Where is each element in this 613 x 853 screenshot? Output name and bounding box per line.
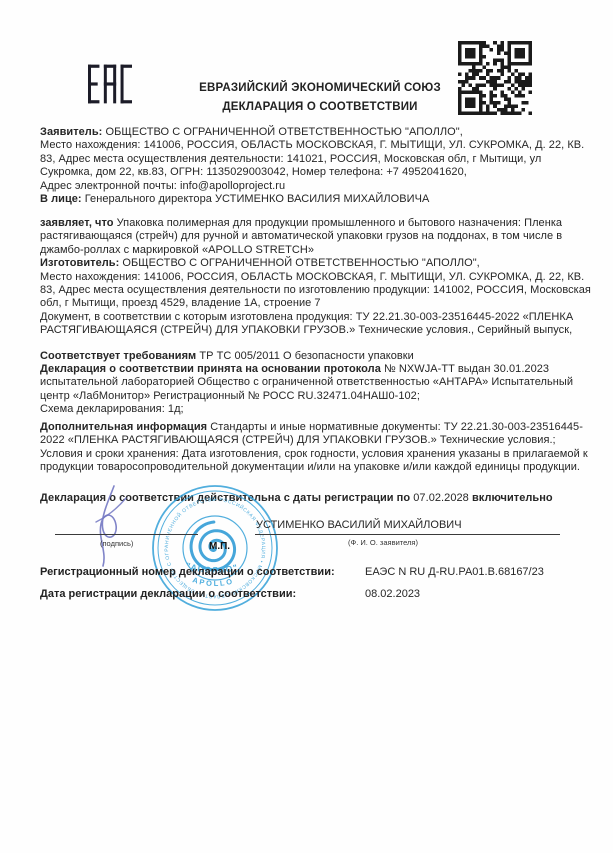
text-segment: Упаковка полимерная для продукции промыш… (40, 217, 562, 256)
product-paragraph: заявляет, что Упаковка полимерная для пр… (40, 217, 596, 338)
registration-date-value: 08.02.2023 (365, 588, 420, 600)
text-segment: Место нахождения: 141006, РОССИЯ, ОБЛАСТ… (40, 139, 584, 178)
applicant-paragraph: Заявитель: ОБЩЕСТВО С ОГРАНИЧЕННОЙ ОТВЕТ… (40, 126, 596, 206)
bold-text-segment: В лице: (40, 193, 85, 205)
text-segment: Место нахождения: 141006, РОССИЯ, ОБЛАСТ… (40, 271, 591, 310)
bold-text-segment: Соответствует требованиям (40, 350, 196, 362)
bold-text-segment: включительно (472, 492, 553, 504)
validity-paragraph: Декларация о соответствии действительна … (40, 492, 596, 505)
text-segment: Адрес электронной почты: info@apolloproj… (40, 180, 285, 192)
protocol-paragraph: Декларация о соответствии принята на осн… (40, 363, 596, 417)
eac-logo (88, 64, 132, 104)
bold-text-segment: Декларация о соответствии принята на осн… (40, 363, 384, 375)
document-header: ЕВРАЗИЙСКИЙ ЭКОНОМИЧЕСКИЙ СОЮЗ ДЕКЛАРАЦИ… (170, 82, 470, 113)
signature-caption: (подпись) (100, 539, 133, 548)
text-segment: 07.02.2028 (413, 492, 472, 504)
stamp-ring-text: • РОССИЙСКАЯ ФЕДЕРАЦИЯ • МОСКОВСКАЯ ОБЛА… (130, 463, 266, 599)
bold-text-segment: Изготовитель: (40, 257, 122, 269)
qr-code (458, 41, 532, 115)
bold-text-segment: Заявитель: (40, 126, 105, 138)
stamp-place-label: М.П. (209, 541, 230, 552)
bold-text-segment: заявляет, что (40, 217, 117, 229)
registration-number-label: Регистрационный номер декларации о соотв… (40, 566, 335, 578)
text-segment: ОБЩЕСТВО С ОГРАНИЧЕННОЙ ОТВЕТСТВЕННОСТЬЮ… (105, 126, 462, 138)
bold-text-segment: Дополнительная информация (40, 421, 210, 433)
document-title: ДЕКЛАРАЦИЯ О СООТВЕТСТВИИ (170, 101, 470, 113)
text-segment: Документ, в соответствии с которым изгот… (40, 311, 573, 336)
text-segment: Генерального директора УСТИМЕНКО ВАСИЛИЯ… (85, 193, 430, 205)
text-segment: ОБЩЕСТВО С ОГРАНИЧЕННОЙ ОТВЕТСТВЕННОСТЬЮ… (122, 257, 479, 269)
applicant-name-line (255, 534, 560, 535)
registration-number-value: ЕАЭС N RU Д-RU.РА01.В.68167/23 (365, 566, 544, 578)
additional-info-paragraph: Дополнительная информация Стандарты и ин… (40, 421, 596, 475)
registration-date-label: Дата регистрации декларации о соответств… (40, 588, 296, 600)
requirements-paragraph: Соответствует требованиям ТР ТС 005/2011… (40, 350, 596, 363)
declaration-document: ЕВРАЗИЙСКИЙ ЭКОНОМИЧЕСКИЙ СОЮЗ ДЕКЛАРАЦИ… (0, 0, 613, 853)
bold-text-segment: Декларация о соответствии действительна … (40, 492, 413, 504)
union-title: ЕВРАЗИЙСКИЙ ЭКОНОМИЧЕСКИЙ СОЮЗ (170, 82, 470, 94)
applicant-name-caption: (Ф. И. О. заявителя) (348, 538, 418, 547)
svg-text:• РОССИЙСКАЯ ФЕДЕРАЦИЯ • МОСКО: • РОССИЙСКАЯ ФЕДЕРАЦИЯ • МОСКОВСКАЯ ОБЛА… (130, 463, 266, 599)
text-segment: Схема декларирования: 1д; (40, 403, 184, 415)
text-segment: ТР ТС 005/2011 О безопасности упаковки (196, 350, 414, 362)
applicant-name: УСТИМЕНКО ВАСИЛИЙ МИХАЙЛОВИЧ (256, 519, 462, 531)
signature-line (55, 534, 198, 535)
